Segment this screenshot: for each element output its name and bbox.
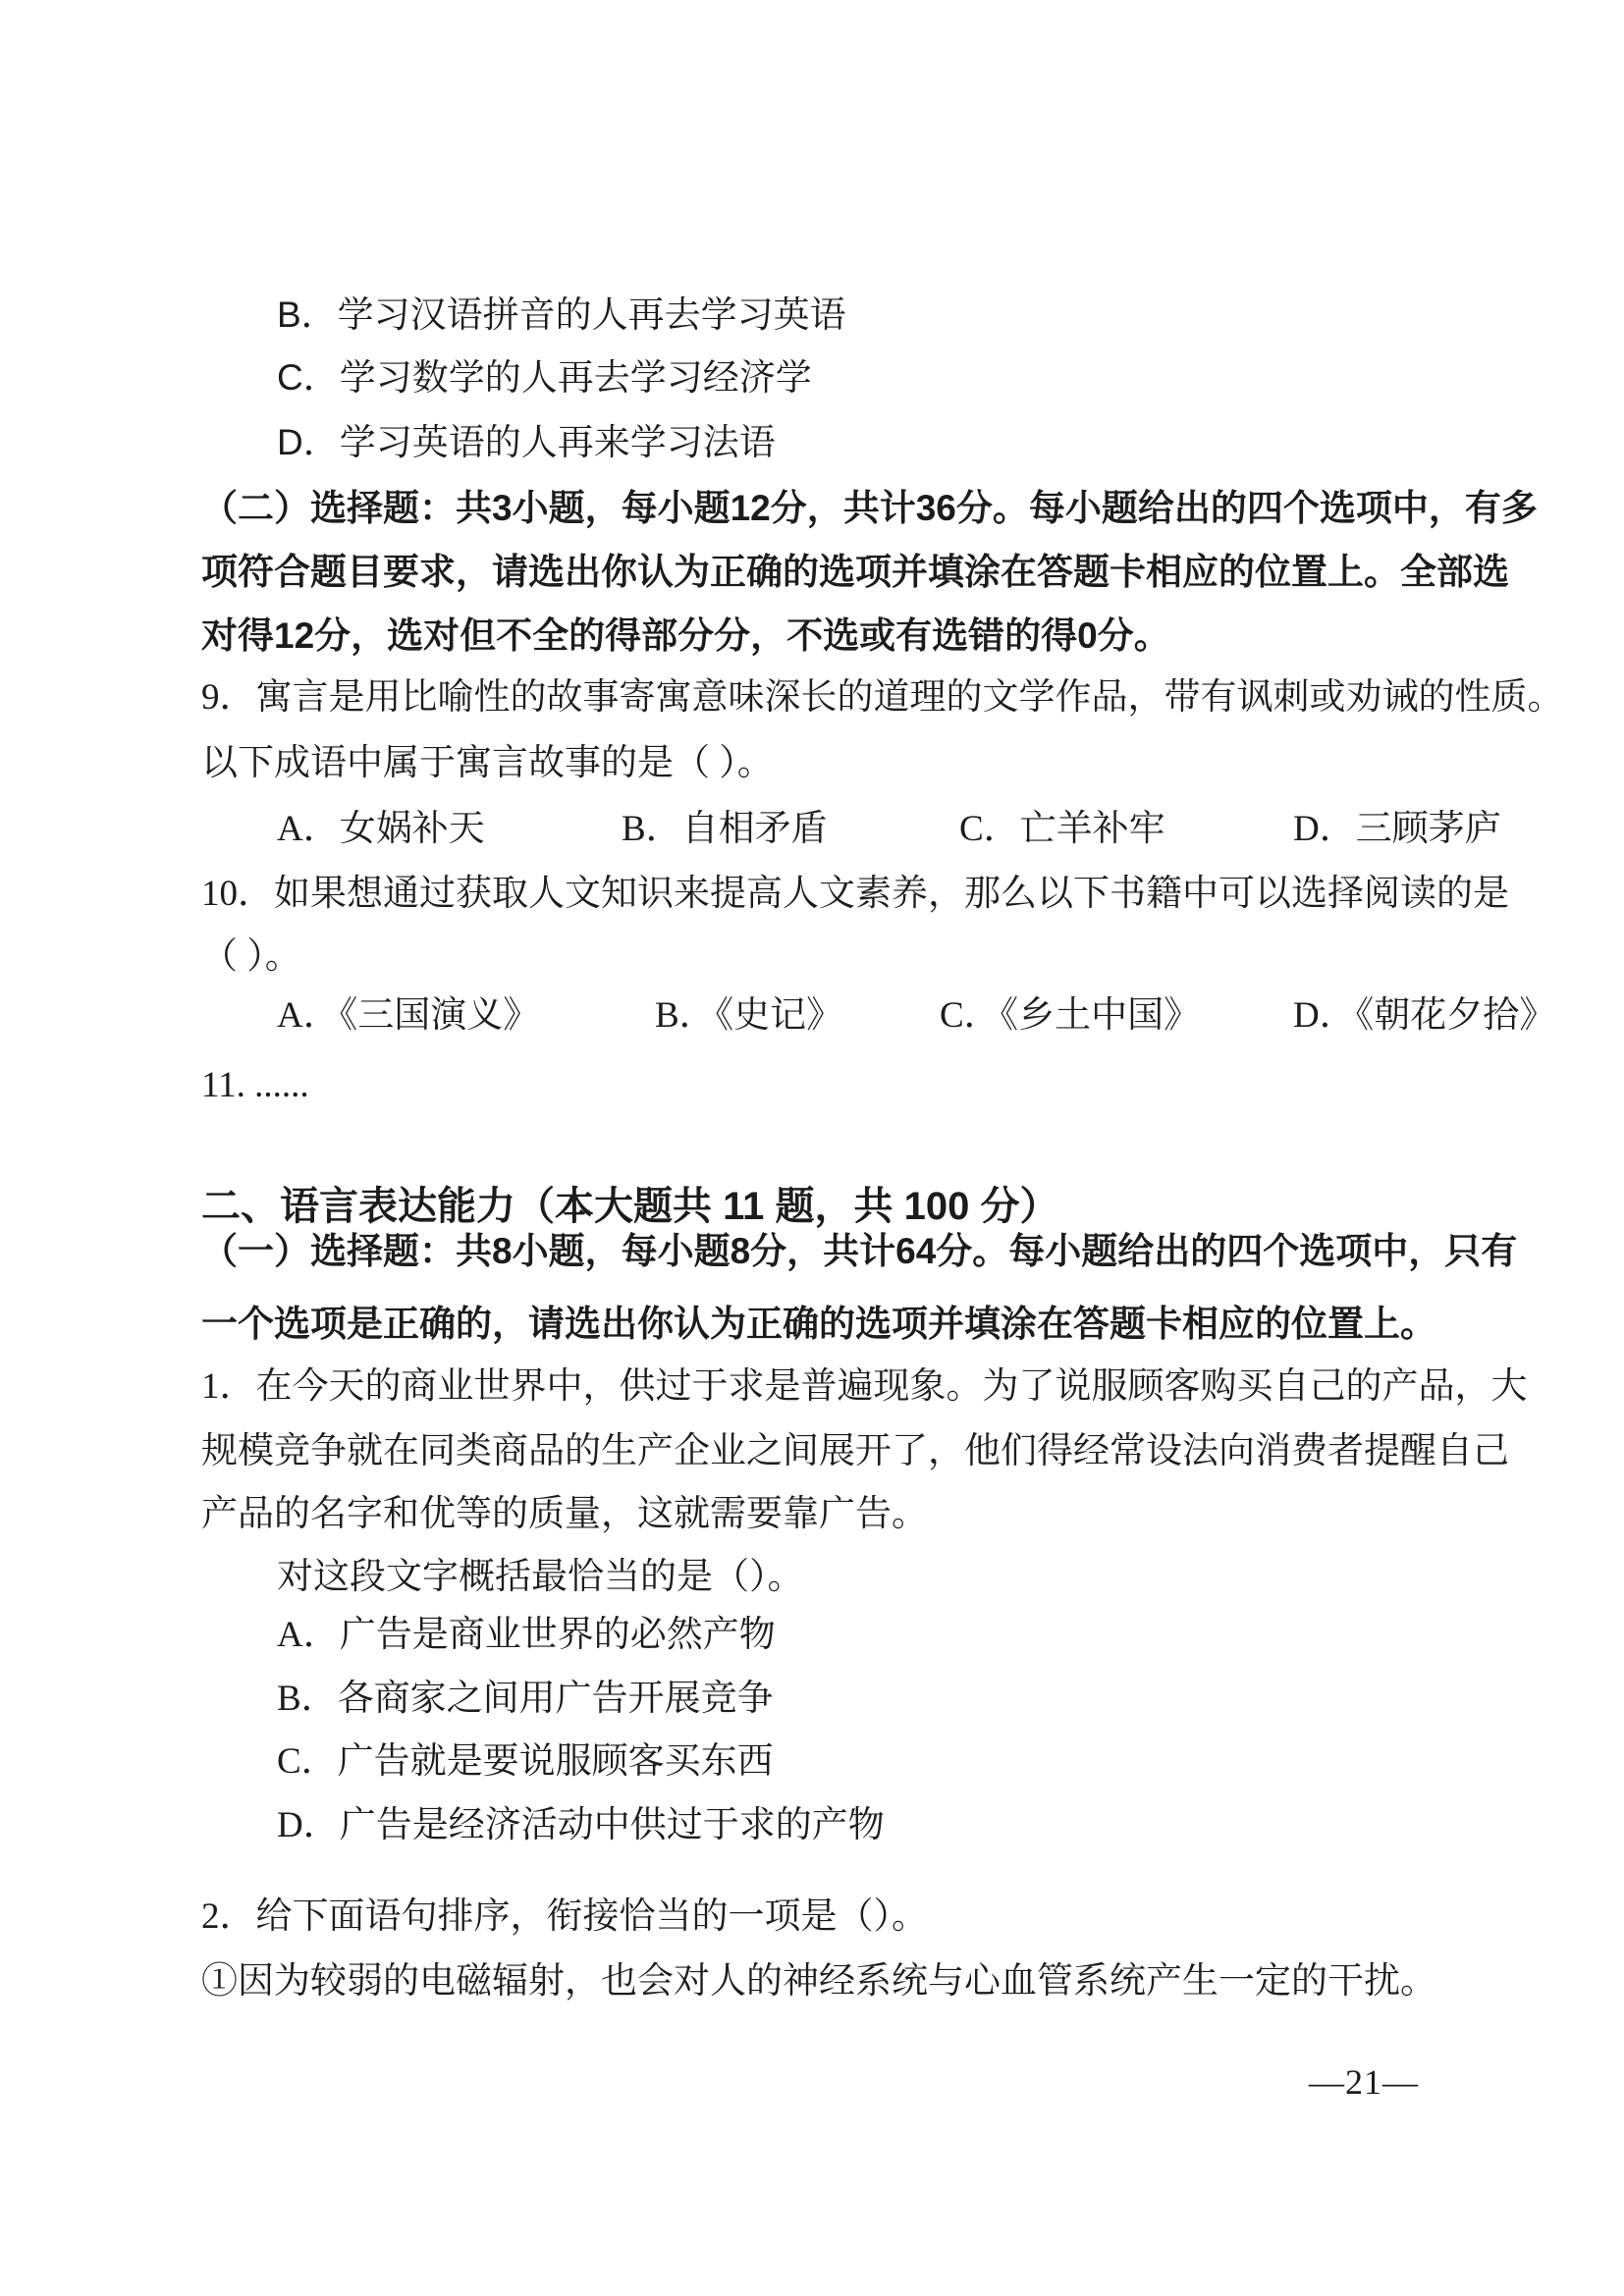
question-10-options-row: A．《三国演义》 B．《史记》 C．《乡土中国》 D．《朝花夕拾》: [201, 993, 1517, 1039]
question-10-stem-line1: 10．如果想通过获取人文知识来提高人文素养，那么以下书籍中可以选择阅读的是: [201, 872, 1509, 917]
section-two-instructions-line1: （二）选择题：共3小题，每小题12分，共计36分。每小题给出的四个选项中，有多: [201, 486, 1538, 531]
section-one-instructions-line2: 一个选项是正确的，请选出你认为正确的选项并填涂在答题卡相应的位置上。: [201, 1302, 1436, 1347]
question-8-option-d: D．学习英语的人再来学习法语: [277, 420, 776, 465]
question-9-options-row: A．女娲补天 B．自相矛盾 C．亡羊补牢 D．三顾茅庐: [201, 807, 1517, 852]
question-9-option-c: C．亡羊补牢: [959, 807, 1165, 852]
section-two-instructions-line3: 对得12分，选对但不全的得部分分，不选或有选错的得0分。: [201, 614, 1170, 659]
question-8-option-b: B．学习汉语拼音的人再去学习英语: [277, 293, 846, 338]
question-9-option-b: B．自相矛盾: [622, 807, 828, 852]
question-1-option-d: D．广告是经济活动中供过于求的产物: [277, 1803, 885, 1848]
question-1-option-b: B．各商家之间用广告开展竞争: [277, 1677, 774, 1722]
page-number: —21—: [1309, 2059, 1419, 2105]
question-8-option-c: C．学习数学的人再去学习经济学: [277, 355, 812, 400]
section-two-heading: 二、语言表达能力（本大题共 11 题，共 100 分）: [201, 1184, 1058, 1229]
question-10-option-c: C．《乡土中国》: [940, 993, 1200, 1039]
section-two-instructions-line2: 项符合题目要求，请选出你认为正确的选项并填涂在答题卡相应的位置上。全部选: [201, 550, 1509, 595]
exam-document-page: B．学习汉语拼音的人再去学习英语 C．学习数学的人再去学习经济学 D．学习英语的…: [0, 0, 1624, 2296]
question-10-option-a: A．《三国演义》: [277, 993, 539, 1039]
question-1-option-a: A．广告是商业世界的必然产物: [277, 1613, 776, 1658]
question-1-prompt: 对这段文字概括最恰当的是（）。: [277, 1555, 804, 1600]
question-9-option-a: A．女娲补天: [277, 807, 485, 852]
question-9-stem-line1: 9．寓言是用比喻性的故事寄寓意味深长的道理的文学作品，带有讽刺或劝诫的性质。: [201, 675, 1564, 721]
question-10-option-b: B．《史记》: [655, 993, 842, 1039]
question-2-stem: 2．给下面语句排序，衔接恰当的一项是（）。: [201, 1895, 928, 1940]
question-2-sentence-1: ①因为较弱的电磁辐射，也会对人的神经系统与心血管系统产生一定的干扰。: [201, 1959, 1436, 2004]
question-10-option-d: D．《朝花夕拾》: [1293, 993, 1555, 1039]
section-one-instructions-line1: （一）选择题：共8小题，每小题8分，共计64分。每小题给出的四个选项中，只有: [201, 1229, 1517, 1274]
question-1-stem-line3: 产品的名字和优等的质量，这就需要靠广告。: [201, 1492, 928, 1537]
question-1-stem-line1: 1．在今天的商业世界中，供过于求是普遍现象。为了说服顾客购买自己的产品，大: [201, 1364, 1528, 1410]
question-1-option-c: C．广告就是要说服顾客买东西: [277, 1739, 774, 1785]
question-10-stem-line2: （ ）。: [201, 934, 301, 980]
question-1-stem-line2: 规模竞争就在同类商品的生产企业之间展开了，他们得经常设法向消费者提醒自己: [201, 1429, 1509, 1474]
question-9-stem-line2: 以下成语中属于寓言故事的是（ ）。: [201, 741, 774, 786]
question-9-option-d: D．三顾茅庐: [1293, 807, 1501, 852]
question-11-stem: 11. ......: [201, 1063, 309, 1108]
